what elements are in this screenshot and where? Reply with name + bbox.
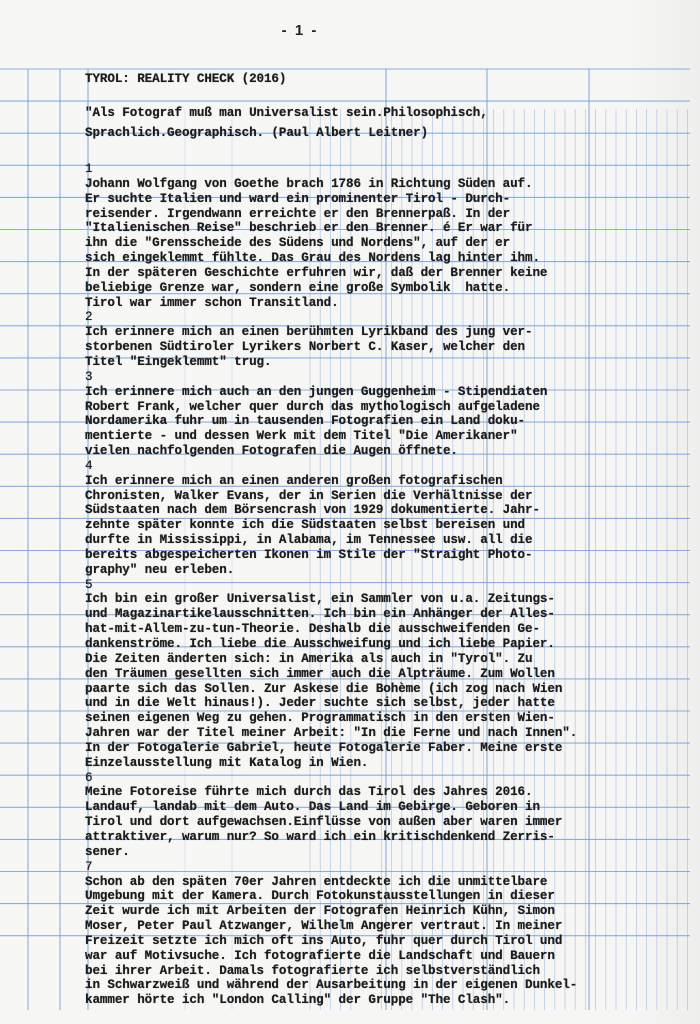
section-1: 1Johann Wolfgang von Goethe brach 1786 i… <box>85 162 577 310</box>
text-line: Landauf, landab mit dem Auto. Das Land i… <box>85 800 577 815</box>
text-line: Jahren war der Titel meiner Arbeit: "In … <box>85 726 577 741</box>
document-title: TYROL: REALITY CHECK (2016) <box>85 72 286 86</box>
numbered-sections: 1Johann Wolfgang von Goethe brach 1786 i… <box>85 162 577 1008</box>
text-line: Zeit wurde ich mit Arbeiten der Fotograf… <box>85 904 577 919</box>
text-line: Die Zeiten änderten sich: in Amerika als… <box>85 652 577 667</box>
text-line: war auf Motivsuche. Ich fotografierte di… <box>85 949 577 964</box>
text-line: Ich erinnere mich auch an den jungen Gug… <box>85 385 577 400</box>
text-line: dankenströme. Ich liebe die Ausschweifun… <box>85 637 577 652</box>
text-line: Titel "Eingeklemmt" trug. <box>85 355 577 370</box>
text-line: Er suchte Italien und ward ein prominent… <box>85 192 577 207</box>
epigraph-line: "Als Fotograf muß man Universalist sein.… <box>85 103 488 123</box>
text-line: sich eingeklemmt fühlte. Das Grau des No… <box>85 251 577 266</box>
section-number: 1 <box>85 162 577 177</box>
text-line: Umgebung mit der Kamera. Durch Fotokunst… <box>85 889 577 904</box>
text-line: mentierte - und dessen Werk mit dem Tite… <box>85 429 577 444</box>
text-line: paarte sich das Sollen. Zur Askese die B… <box>85 682 577 697</box>
text-line: Johann Wolfgang von Goethe brach 1786 in… <box>85 177 577 192</box>
text-line: Chronisten, Walker Evans, der in Serien … <box>85 489 577 504</box>
page-number: - 1 - <box>0 22 600 39</box>
text-line: den Träumen gesellten sich immer auch di… <box>85 667 577 682</box>
text-line: Meine Fotoreise führte mich durch das Ti… <box>85 785 577 800</box>
text-line: Schon ab den späten 70er Jahren entdeckt… <box>85 875 577 890</box>
section-7: 7Schon ab den späten 70er Jahren entdeck… <box>85 860 577 1008</box>
section-number: 7 <box>85 860 577 875</box>
section-number: 4 <box>85 459 577 474</box>
section-2: 2Ich erinnere mich an einen berühmten Ly… <box>85 310 577 369</box>
text-line: Ich erinnere mich an einen anderen große… <box>85 474 577 489</box>
section-body: Ich erinnere mich auch an den jungen Gug… <box>85 385 577 459</box>
text-line: Robert Frank, welcher quer durch das myt… <box>85 400 577 415</box>
text-line: kammer hörte ich "London Calling" der Gr… <box>85 993 577 1008</box>
text-line: Einzelausstellung mit Katalog in Wien. <box>85 756 577 771</box>
text-line: Ich bin ein großer Universalist, ein Sam… <box>85 592 577 607</box>
text-line: seinen eigenen Weg zu gehen. Programmati… <box>85 711 577 726</box>
text-line: durfte in Mississippi, in Alabama, im Te… <box>85 533 577 548</box>
text-line: sener. <box>85 845 577 860</box>
text-line: "Italienischen Reise" beschrieb er den B… <box>85 221 577 236</box>
text-line: graphy" neu erleben. <box>85 563 577 578</box>
text-line: Nordamerika fuhr um in tausenden Fotogra… <box>85 414 577 429</box>
text-line: ihn die "Grensscheide des Südens und Nor… <box>85 236 577 251</box>
text-line: und Magazinartikelausschnitten. Ich bin … <box>85 607 577 622</box>
text-line: Moser, Peter Paul Atzwanger, Wilhelm Ang… <box>85 919 577 934</box>
section-body: Ich erinnere mich an einen anderen große… <box>85 474 577 578</box>
text-line: bereits abgespeicherten Ikonen im Stile … <box>85 548 577 563</box>
text-line: Tirol und dort aufgewachsen.Einflüsse vo… <box>85 815 577 830</box>
text-line: In der Fotogalerie Gabriel, heute Fotoga… <box>85 741 577 756</box>
text-line: storbenen Südtiroler Lyrikers Norbert C.… <box>85 340 577 355</box>
section-body: Ich erinnere mich an einen berühmten Lyr… <box>85 325 577 370</box>
text-line: hat-mit-Allem-zu-tun-Theorie. Deshalb di… <box>85 622 577 637</box>
text-line: in Schwarzweiß und während der Ausarbeit… <box>85 978 577 993</box>
epigraph-line: Sprachlich.Geographisch. (Paul Albert Le… <box>85 123 488 143</box>
text-line: Tirol war immer schon Transitland. <box>85 296 577 311</box>
section-body: Meine Fotoreise führte mich durch das Ti… <box>85 785 577 859</box>
section-5: 5Ich bin ein großer Universalist, ein Sa… <box>85 578 577 771</box>
text-line: und in die Welt hinaus!). Jeder suchte s… <box>85 696 577 711</box>
section-body: Ich bin ein großer Universalist, ein Sam… <box>85 592 577 770</box>
section-3: 3Ich erinnere mich auch an den jungen Gu… <box>85 370 577 459</box>
text-line: In der späteren Geschichte erfuhren wir,… <box>85 266 577 281</box>
section-4: 4Ich erinnere mich an einen anderen groß… <box>85 459 577 578</box>
text-line: vielen nachfolgenden Fotografen die Auge… <box>85 444 577 459</box>
text-line: Südstaaten nach dem Börsencrash von 1929… <box>85 503 577 518</box>
text-line: beliebige Grenze war, sondern eine große… <box>85 281 577 296</box>
section-body: Schon ab den späten 70er Jahren entdeckt… <box>85 875 577 1009</box>
section-6: 6Meine Fotoreise führte mich durch das T… <box>85 771 577 860</box>
epigraph-quote: "Als Fotograf muß man Universalist sein.… <box>85 103 488 143</box>
text-line: attraktiver, warum nur? So ward ich ein … <box>85 830 577 845</box>
text-line: bei ihrer Arbeit. Damals fotografierte i… <box>85 964 577 979</box>
text-line: reisender. Irgendwann erreichte er den B… <box>85 207 577 222</box>
section-number: 6 <box>85 771 577 786</box>
section-body: Johann Wolfgang von Goethe brach 1786 in… <box>85 177 577 311</box>
section-number: 5 <box>85 578 577 593</box>
text-line: zehnte später konnte ich die Südstaaten … <box>85 518 577 533</box>
text-line: Freizeit setzte ich mich oft ins Auto, f… <box>85 934 577 949</box>
text-line: Ich erinnere mich an einen berühmten Lyr… <box>85 325 577 340</box>
section-number: 3 <box>85 370 577 385</box>
section-number: 2 <box>85 310 577 325</box>
